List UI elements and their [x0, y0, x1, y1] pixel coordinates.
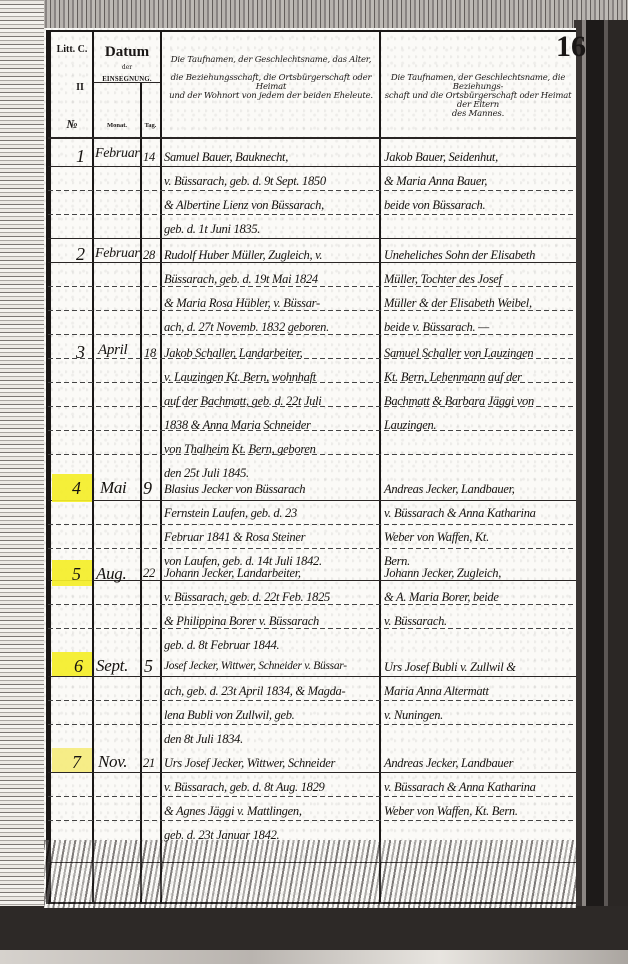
spouses-line: & Agnes Jäggi v. Mattlingen,	[164, 804, 302, 819]
spouses-line: lena Bubli von Zullwil, geb.	[164, 708, 294, 723]
entry-day: 22	[143, 566, 155, 581]
page-number: 16	[556, 30, 586, 64]
spouses-line: v. Büssarach, geb. d. 9t Sept. 1850	[164, 174, 326, 189]
parents-line: Müller & der Elisabeth Weibel,	[384, 296, 532, 311]
scan-grime	[44, 840, 576, 908]
highlight-entry-6	[52, 652, 92, 676]
row-rule	[48, 166, 576, 167]
entry-number: 5	[72, 564, 81, 585]
entry-month: Februar	[95, 246, 140, 262]
header-parents-line3: des Mannes.	[381, 110, 575, 119]
spouses-line: Fernstein Laufen, geb. d. 23	[164, 506, 297, 521]
row-rule	[48, 820, 576, 821]
header-litt: Litt. C.	[52, 44, 92, 55]
spouses-line: 1838 & Anna Maria Schneider	[164, 418, 311, 433]
parents-line: Andreas Jecker, Landbauer	[384, 756, 513, 771]
parents-line: Uneheliches Sohn der Elisabeth	[384, 248, 535, 263]
parents-line: Johann Jecker, Zugleich,	[384, 566, 501, 581]
spouses-line: Blasius Jecker von Büssarach	[164, 482, 305, 497]
entry-month: Februar	[95, 146, 140, 162]
header-der: der	[94, 65, 160, 72]
spouses-line: v. Büssarach, geb. d. 22t Feb. 1825	[164, 590, 330, 605]
row-rule	[48, 548, 576, 549]
header-monat: Monat.	[94, 122, 140, 129]
scan-edge-strip	[0, 950, 628, 964]
row-rule	[48, 772, 576, 773]
row-rule	[48, 430, 576, 431]
entry-month: Mai	[100, 478, 126, 498]
parents-line: v. Nuningen.	[384, 708, 443, 723]
entry-number: 6	[74, 656, 83, 677]
row-rule	[48, 724, 576, 725]
spouses-line: Johann Jecker, Landarbeiter,	[164, 566, 301, 581]
parents-line: Müller, Tochter des Josef	[384, 272, 502, 287]
spouses-line: den 8t Juli 1834.	[164, 732, 243, 747]
spouses-line: von Thalheim Kt. Bern, geboren	[164, 442, 316, 457]
parents-line: & Maria Anna Bauer,	[384, 174, 487, 189]
header-litt-sub: II	[70, 82, 90, 93]
entry-number: 4	[72, 478, 81, 499]
parents-line: Urs Josef Bubli v. Zullwil &	[384, 660, 516, 675]
parents-line: v. Büssarach & Anna Katharina	[384, 506, 536, 521]
parents-line: Lauzingen.	[384, 418, 436, 433]
entry-day: 9	[143, 478, 152, 499]
spouses-line: Josef Jecker, Wittwer, Schneider v. Büss…	[164, 660, 347, 672]
header-einsegnung: EINSEGNUNG.	[92, 76, 162, 83]
entry-day: 5	[144, 656, 153, 677]
row-rule	[48, 238, 576, 239]
row-rule	[48, 190, 576, 191]
spouses-line: & Albertine Lienz von Büssarach,	[164, 198, 324, 213]
spouses-line: Urs Josef Jecker, Wittwer, Schneider	[164, 756, 335, 771]
row-rule	[48, 214, 576, 215]
header-spouses-line2: die Beziehungsschaft, die Ortsbürgerscha…	[163, 74, 379, 93]
spouses-line: ach, d. 27t Novemb. 1832 geboren.	[164, 320, 329, 335]
header-parents-line1: Die Taufnamen, der Geschlechtsname, die …	[381, 74, 575, 93]
spouses-line: & Philippina Borer v. Büssarach	[164, 614, 319, 629]
spouses-line: Samuel Bauer, Bauknecht,	[164, 150, 288, 165]
spouses-line: Büssarach, geb. d. 19t Mai 1824	[164, 272, 318, 287]
entry-number: 3	[76, 342, 85, 363]
spouses-line: v. Büssarach, geb. d. 8t Aug. 1829	[164, 780, 325, 795]
scan-border-right	[574, 20, 628, 964]
entry-day: 14	[143, 150, 155, 165]
entry-month: Nov.	[98, 752, 127, 772]
spouses-line: & Maria Rosa Hübler, v. Büssar-	[164, 296, 320, 311]
scan-border-top	[0, 0, 628, 30]
row-rule	[48, 524, 576, 525]
entry-month: April	[98, 342, 127, 359]
header-spouses-line1: Die Taufnamen, der Geschlechtsname, das …	[163, 56, 379, 65]
parents-line: Jakob Bauer, Seidenhut,	[384, 150, 498, 165]
parents-line: & A. Maria Borer, beide	[384, 590, 499, 605]
row-rule	[48, 700, 576, 701]
parents-line: Weber von Waffen, Kt. Bern.	[384, 804, 518, 819]
parents-line: Bachmatt & Barbara Jäggi von	[384, 394, 534, 409]
header-spouses-line3: und der Wohnort von jedem der beiden Ehe…	[163, 92, 379, 101]
spouses-line: auf der Bachmatt, geb. d. 22t Juli	[164, 394, 321, 409]
header-bottom-rule	[48, 137, 576, 139]
entry-number: 7	[72, 752, 81, 773]
entry-day: 28	[143, 248, 155, 263]
header-parents-line2: schaft und die Ortsbürgerschaft oder Hei…	[381, 92, 575, 111]
spouses-line: v. Lauzingen Kt. Bern, wohnhaft	[164, 370, 316, 385]
spouses-line: Februar 1841 & Rosa Steiner	[164, 530, 305, 545]
parents-line: Weber von Waffen, Kt.	[384, 530, 489, 545]
header-datum: Datum	[94, 44, 160, 61]
rule-month-col	[140, 82, 142, 902]
entry-month: Aug.	[96, 564, 126, 584]
spouses-line: den 25t Juli 1845.	[164, 466, 249, 481]
parents-line: beide von Büssarach.	[384, 198, 485, 213]
entry-day: 21	[143, 756, 155, 771]
spouses-line: Rudolf Huber Müller, Zugleich, v.	[164, 248, 322, 263]
spouses-line: ach, geb. d. 23t April 1834, & Magda-	[164, 684, 345, 699]
row-rule	[48, 676, 576, 677]
parents-line: beide v. Büssarach. —	[384, 320, 489, 335]
entry-number: 1	[76, 146, 85, 167]
parents-line: Andreas Jecker, Landbauer,	[384, 482, 515, 497]
row-rule	[48, 796, 576, 797]
scan-border-left	[0, 0, 44, 964]
entry-number: 2	[76, 244, 85, 265]
spouses-line: Jakob Schaller, Landarbeiter,	[164, 346, 303, 361]
parents-line: Maria Anna Altermatt	[384, 684, 489, 699]
spouses-line: geb. d. 8t Februar 1844.	[164, 638, 279, 653]
entry-day: 18	[144, 346, 156, 361]
parents-line: Samuel Schaller von Lauzingen	[384, 346, 533, 361]
parents-line: v. Büssarach & Anna Katharina	[384, 780, 536, 795]
spouses-line: geb. d. 1t Juni 1835.	[164, 222, 260, 237]
header-number: №	[52, 118, 92, 131]
row-rule	[48, 500, 576, 501]
entry-month: Sept.	[96, 656, 128, 676]
header-tag: Tag.	[141, 122, 160, 129]
parents-line: v. Büssarach.	[384, 614, 447, 629]
parents-line: Kt. Bern, Lehenmann auf der	[384, 370, 522, 385]
